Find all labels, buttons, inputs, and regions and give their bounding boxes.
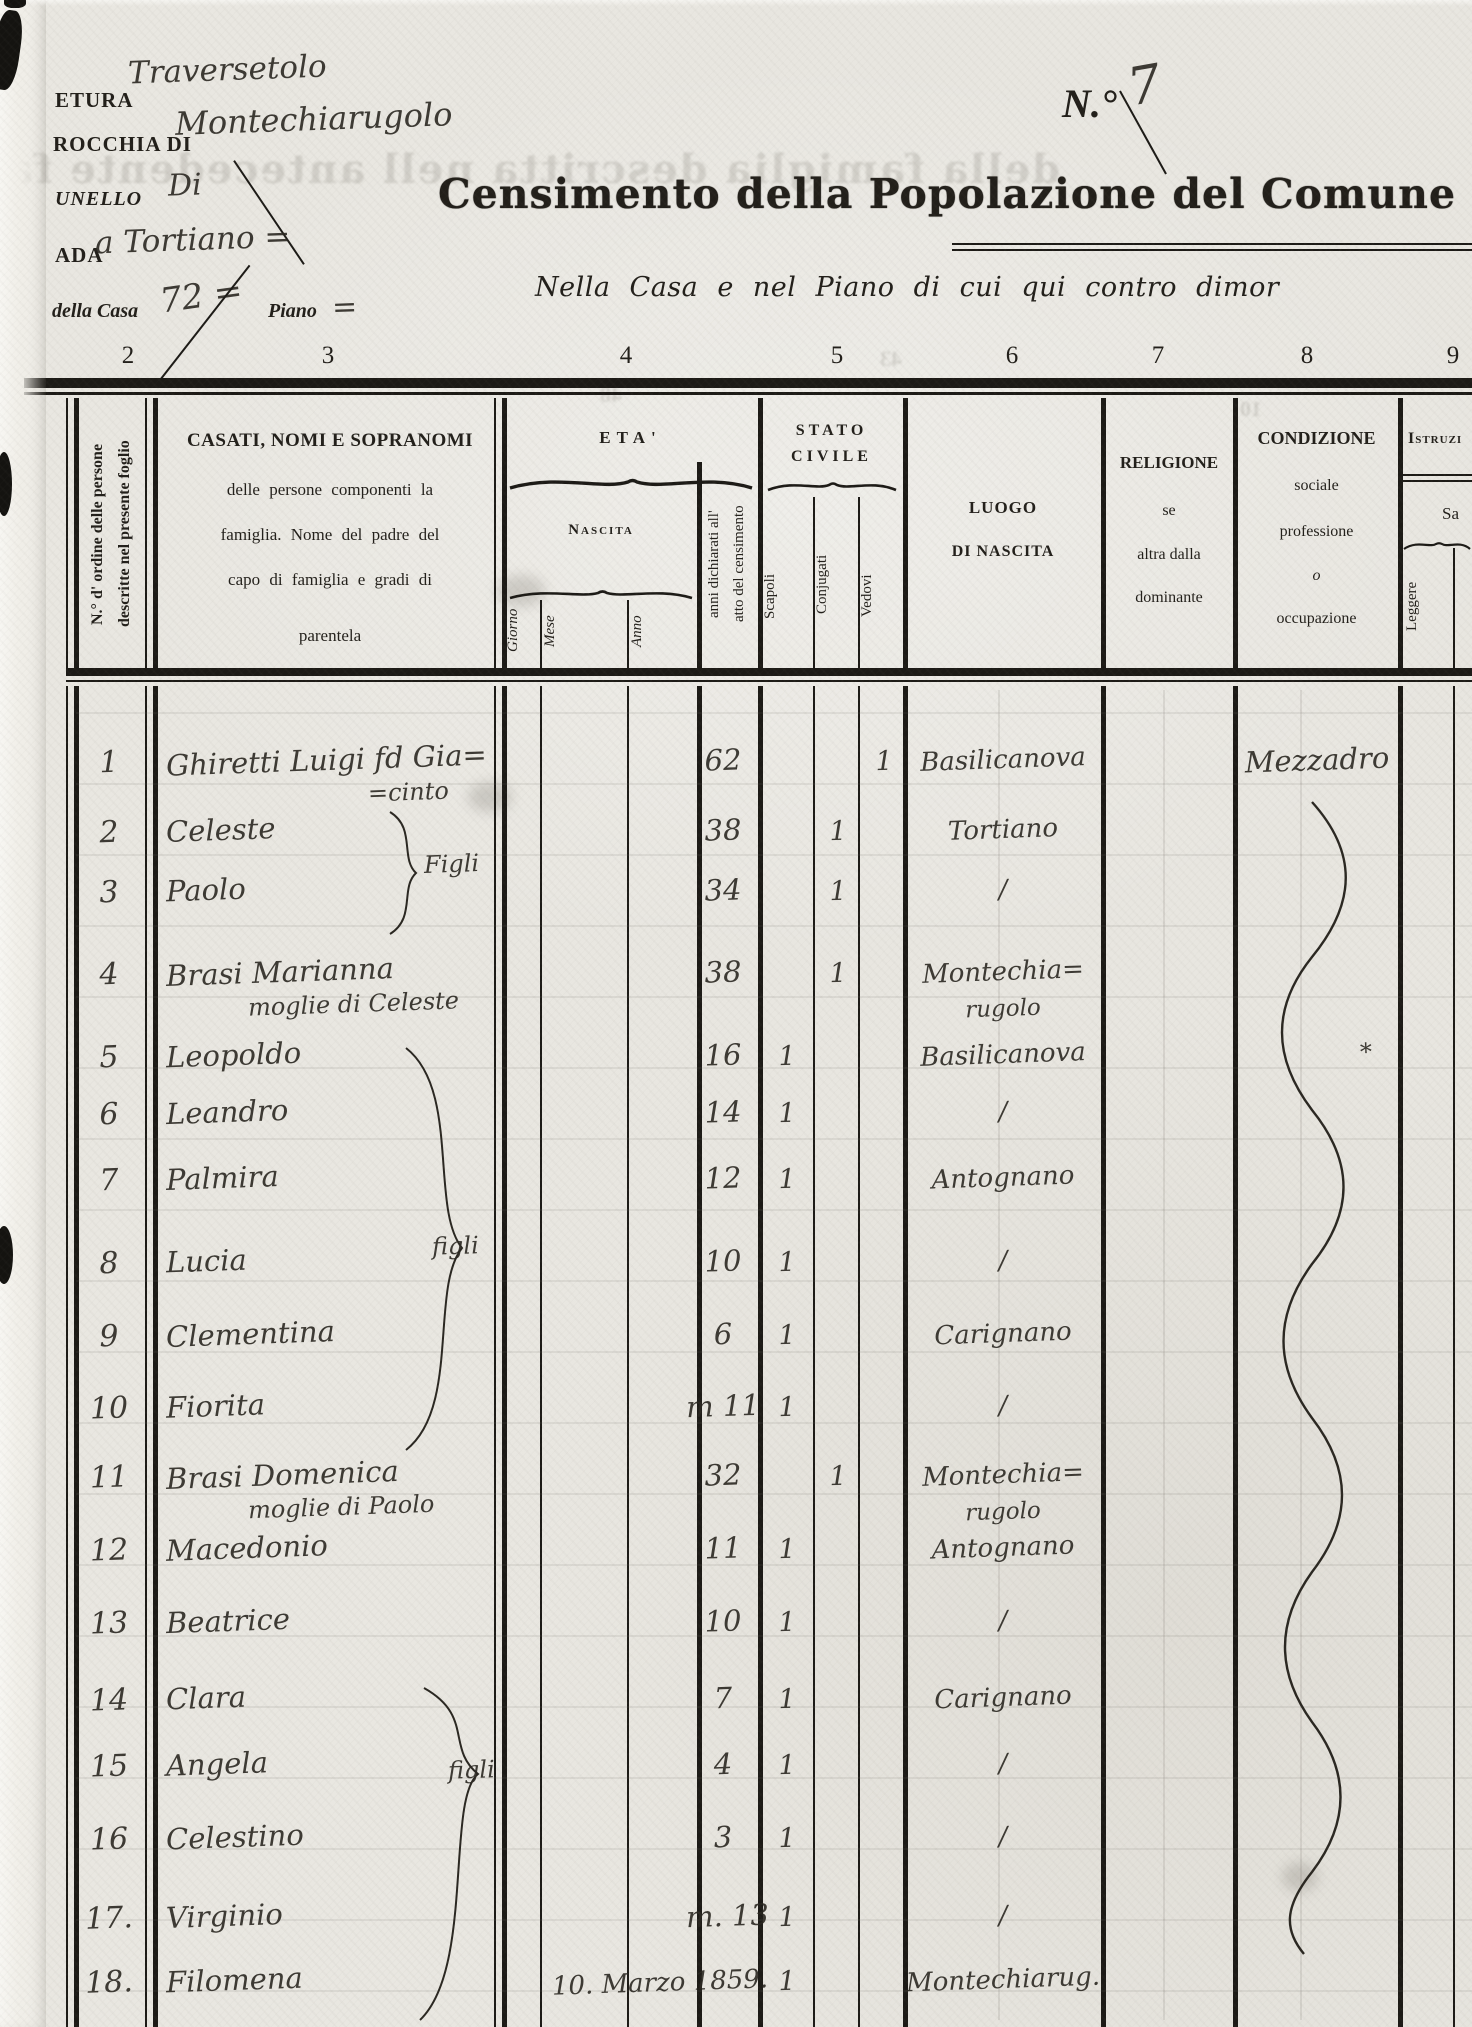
row-age: 11 — [685, 1530, 760, 1567]
row-number: 10 — [69, 1390, 148, 1428]
row-number: 16 — [69, 1821, 148, 1859]
row-number: 18. — [69, 1964, 148, 2002]
bleed-line — [1163, 690, 1165, 2020]
scanned-census-page: della famiglia descritta nell antecedent… — [0, 0, 1472, 2027]
row-name: Angela — [165, 1745, 268, 1783]
ghost-digit: 43 — [880, 346, 902, 372]
brace-stato — [766, 480, 898, 494]
header-condizione-line4: o — [1235, 567, 1398, 585]
row-conjugati-mark: 1 — [815, 1460, 860, 1493]
row-age: 4 — [685, 1746, 760, 1783]
row-number: 14 — [69, 1682, 148, 1720]
piano-value: = — [331, 290, 357, 326]
header-sa: Sa — [1442, 504, 1472, 524]
row-scapoli-mark: 1 — [763, 1391, 810, 1424]
row-number: 4 — [69, 956, 148, 994]
column-number-3: 3 — [308, 342, 348, 370]
header-condizione: CONDIZIONE — [1235, 428, 1398, 449]
casa-value: 72 = — [158, 270, 245, 321]
grid-line — [1453, 548, 1455, 668]
row-number: 3 — [69, 874, 148, 912]
parrocchia-label: ROCCHIA DI — [53, 132, 192, 157]
header-leggere: Leggere — [1404, 556, 1452, 656]
row-name: Lucia — [165, 1243, 247, 1280]
row-age: m 11 — [685, 1388, 760, 1425]
row-number: 15 — [69, 1748, 148, 1786]
rule-thin — [66, 680, 1472, 682]
row-scapoli-mark: 1 — [763, 1901, 810, 1934]
rule-thick — [66, 668, 1472, 676]
row-age: 3 — [685, 1819, 760, 1856]
row-age: 6 — [685, 1316, 760, 1353]
row-number: 1 — [69, 744, 148, 782]
row-age: 38 — [685, 954, 760, 991]
row-age: 7 — [685, 1680, 760, 1717]
pretura-label: ETURA — [55, 88, 134, 113]
row-conjugati-mark: 1 — [815, 815, 860, 848]
row-name: Filomena — [165, 1961, 303, 2000]
row-conjugati-mark: 1 — [815, 957, 860, 990]
row-number: 7 — [69, 1162, 148, 1200]
row-scapoli-mark: 1 — [763, 1319, 810, 1352]
row-name: Clara — [165, 1680, 246, 1717]
row-number: 9 — [69, 1318, 148, 1356]
header-stato: STATO — [760, 422, 903, 440]
header-ordine-line1: N.° d' ordine delle persone — [89, 443, 106, 624]
page-number-label: N.° — [1062, 80, 1117, 127]
row-conjugati-mark: 1 — [815, 875, 860, 908]
column-number-6: 6 — [992, 342, 1032, 370]
column-number-2: 2 — [108, 342, 148, 370]
header-religione: RELIGIONE — [1103, 453, 1235, 473]
row-vedovi-mark: 1 — [861, 745, 906, 778]
casa-label: della Casa — [52, 300, 138, 323]
header-anni-line2: atto del censimento — [731, 506, 747, 623]
grid-line — [1101, 398, 1106, 668]
header-religione-line4: dominante — [1103, 589, 1235, 607]
grid-line — [153, 398, 158, 668]
row-age: m. 13 — [685, 1898, 760, 1935]
pretura-value: Traversetolo — [127, 49, 327, 92]
header-casati-line5: parentela — [160, 626, 500, 646]
row-scapoli-mark: 1 — [763, 1606, 810, 1639]
column-number-9: 9 — [1433, 342, 1472, 370]
row-number: 5 — [69, 1039, 148, 1077]
rule — [1402, 474, 1472, 476]
row-number: 12 — [69, 1532, 148, 1570]
brace-figli-3 — [418, 1688, 498, 2020]
header-luogo2: DI NASCITA — [905, 543, 1101, 561]
header-eta: ETA' — [503, 428, 758, 448]
figli-label-1: Figli — [424, 849, 480, 879]
row-number: 6 — [69, 1096, 148, 1134]
figli-label-3: figli — [448, 1755, 496, 1785]
header-casati-line2: delle persone componenti la — [160, 480, 500, 500]
rule — [952, 249, 1472, 251]
grid-line — [903, 398, 908, 668]
header-luogo: LUOGO — [905, 498, 1101, 518]
row-age: 62 — [685, 742, 760, 779]
header-condizione-line5: occupazione — [1235, 610, 1398, 628]
header-conjugati: Conjugati — [814, 505, 858, 664]
row-scapoli-mark: 1 — [763, 1533, 810, 1566]
scan-mark — [4, 0, 26, 8]
row-name: Virginio — [165, 1897, 283, 1935]
row-scapoli-mark: 1 — [763, 1683, 810, 1716]
header-ordine-line2: descritte nel presente foglio — [116, 441, 133, 628]
row-age: 12 — [685, 1160, 760, 1197]
brace-sa — [1402, 540, 1472, 552]
rule-thick — [24, 378, 1472, 388]
strada-value: a Tortiano = — [94, 219, 291, 262]
column-number-8: 8 — [1287, 342, 1327, 370]
header-anni-line1: anni dichiarati all' — [706, 510, 722, 618]
row-age: 16 — [685, 1037, 760, 1074]
grid-line — [1398, 398, 1403, 668]
header-nascita: Nascita — [503, 522, 699, 539]
row-age: 34 — [685, 872, 760, 909]
header-scapoli: Scapoli — [762, 530, 812, 664]
grid-line — [66, 398, 68, 668]
row-name: Paolo — [165, 872, 246, 909]
row-scapoli-mark: 1 — [763, 1965, 810, 1998]
row-number: 2 — [69, 814, 148, 852]
row-number: 8 — [69, 1245, 148, 1283]
row-name: Leandro — [165, 1093, 288, 1131]
header-casati-line3: famiglia. Nome del padre del — [160, 525, 500, 545]
header-condizione-line2: sociale — [1235, 477, 1398, 495]
row-number: 17. — [69, 1900, 148, 1938]
row-number: 13 — [69, 1605, 148, 1643]
row-age: 10 — [685, 1603, 760, 1640]
header-vedovi: Vedovi — [859, 528, 903, 664]
page-title: Censimento della Popolazione del Comune … — [438, 170, 1472, 218]
comunello-value: Di — [167, 167, 202, 203]
asterisk-mark: * — [1360, 1038, 1373, 1066]
row-age: 38 — [685, 812, 760, 849]
column-number-5: 5 — [817, 342, 857, 370]
piano-label: Piano — [268, 300, 317, 323]
header-ordine: N.° d' ordine delle persone descritte ne… — [84, 408, 142, 660]
row-number: 11 — [69, 1459, 148, 1497]
row-age: 10 — [685, 1243, 760, 1280]
row-name: Leopoldo — [165, 1036, 301, 1075]
header-anni-dichiarati: anni dichiarati all' atto del censimento — [702, 464, 758, 664]
rule — [952, 243, 1472, 245]
row-name-second-line: =cinto — [368, 777, 450, 808]
rule — [1402, 480, 1472, 482]
comunello-label: UNELLO — [55, 188, 142, 211]
ditto-wave — [1262, 792, 1362, 1962]
header-mese: Mese — [542, 598, 626, 664]
grid-line — [66, 686, 68, 2027]
row-scapoli-mark: 1 — [763, 1822, 810, 1855]
header-religione-line3: altra dalla — [1103, 546, 1235, 564]
grid-line — [74, 398, 79, 668]
header-istruzione: Istruzi — [1408, 430, 1472, 448]
rule-thin — [24, 392, 1472, 395]
ghost-digit: 10 — [1240, 396, 1262, 422]
parrocchia-value: Montechiarugolo — [174, 95, 453, 143]
row-age: 14 — [685, 1094, 760, 1131]
scan-edge-top — [0, 0, 1472, 6]
row-scapoli-mark: 1 — [763, 1097, 810, 1130]
header-condizione-line3: professione — [1235, 523, 1398, 541]
column-number-7: 7 — [1138, 342, 1178, 370]
figli-label-2: figli — [432, 1231, 480, 1261]
row-name: Clementina — [165, 1314, 335, 1354]
row-scapoli-mark: 1 — [763, 1246, 810, 1279]
header-religione-line2: se — [1103, 502, 1235, 520]
row-age: 32 — [685, 1457, 760, 1494]
page-subtitle: Nella Casa e nel Piano di cui qui contro… — [535, 272, 1472, 303]
scan-edge-left — [0, 0, 46, 2027]
row-scapoli-mark: 1 — [763, 1040, 810, 1073]
row-name: Fiorita — [165, 1387, 265, 1424]
row-condition: Mezzadro — [1237, 740, 1396, 779]
row-name: Celestino — [165, 1818, 304, 1857]
column-number-4: 4 — [606, 342, 646, 370]
grid-line — [145, 398, 147, 668]
row-scapoli-mark: 1 — [763, 1163, 810, 1196]
row-name: Palmira — [165, 1159, 279, 1197]
header-giorno: Giorno — [505, 596, 539, 664]
header-civile: CIVILE — [760, 448, 903, 466]
header-casati: CASATI, NOMI E SOPRANOMI — [160, 430, 500, 452]
row-scapoli-mark: 1 — [763, 1749, 810, 1782]
brace-figli-1 — [386, 812, 422, 934]
row-name: Celeste — [165, 811, 276, 849]
row-name: Beatrice — [165, 1602, 290, 1640]
row-name: Macedonio — [165, 1528, 328, 1568]
header-casati-line4: capo di famiglia e gradi di — [160, 570, 500, 590]
header-anno: Anno — [629, 598, 697, 664]
